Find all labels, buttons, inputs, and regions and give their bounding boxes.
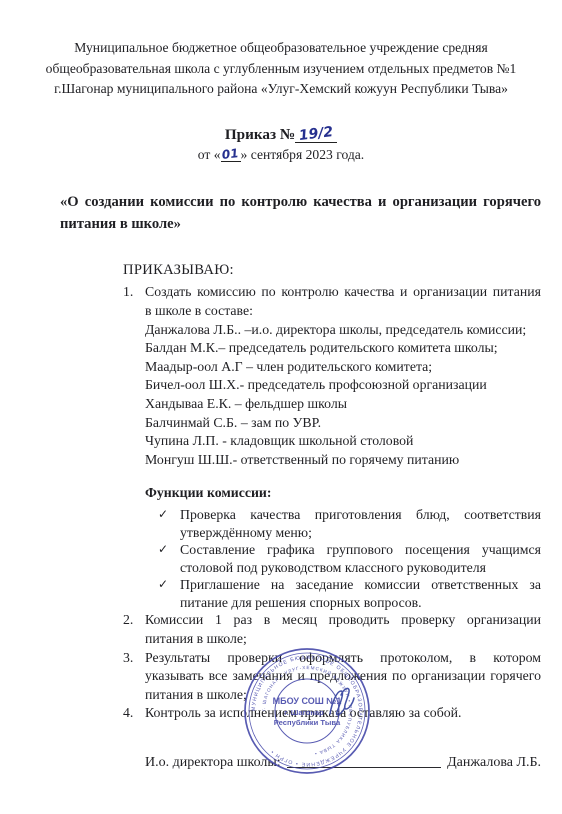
check-bullet-icon: ✓ [158, 576, 168, 594]
order-item-3: 3. Результаты проверки оформлять протоко… [123, 649, 541, 705]
org-header-line-2: общеобразовательная школа с углубленным … [26, 59, 536, 80]
commission-member: Маадыр-оол А.Г – член родительского коми… [145, 358, 541, 377]
function-line: Проверка качества приготовления блюд, со… [180, 506, 541, 524]
signature-row: И.о. директора школы: Данжалова Л.Б. [145, 753, 541, 771]
order-number-handwritten: 19/2 [298, 125, 334, 143]
function-item-2: ✓ Составление графика группового посещен… [145, 541, 541, 576]
order-body: ПРИКАЗЫВАЮ: 1. Создать комиссию по контр… [123, 261, 541, 723]
order-number-line: Приказ №19/2 [0, 126, 562, 144]
order-title: «О создании комиссии по контролю качеств… [60, 191, 541, 235]
commission-member: Хандываа Е.К. – фельдшер школы [145, 395, 541, 414]
order-title-line-2: питания в школе» [60, 213, 541, 235]
item-line: указывать все замечания и предложения по… [145, 667, 541, 686]
item-number: 4. [123, 704, 133, 723]
item-line: в школе в составе: [145, 302, 541, 321]
order-title-line-1: «О создании комиссии по контролю качеств… [60, 191, 541, 213]
function-line: утверждённому меню; [180, 524, 541, 542]
date-day-handwritten: 01 [221, 147, 239, 161]
date-prefix: от « [198, 147, 221, 162]
item-line: Контроль за исполнением приказа оставляю… [145, 704, 541, 723]
order-number-blank: 19/2 [295, 127, 337, 143]
date-day-blank: 01 [221, 148, 241, 163]
commission-member: Монгуш Ш.Ш.- ответственный по горячему п… [145, 451, 541, 470]
check-bullet-icon: ✓ [158, 541, 168, 559]
order-date-line: от «01» сентября 2023 года. [0, 147, 562, 163]
item-line: Результаты проверки оформлять протоколом… [145, 649, 541, 668]
item-line: питания в школе; [145, 686, 541, 705]
function-line: питание для решения спорных вопросов. [180, 594, 541, 612]
functions-heading: Функции комиссии: [145, 484, 541, 503]
item-number: 2. [123, 611, 133, 630]
org-header: Муниципальное бюджетное общеобразователь… [26, 0, 536, 100]
org-header-line-1: Муниципальное бюджетное общеобразователь… [26, 38, 536, 59]
signature-line [287, 753, 441, 768]
function-line: Составление графика группового посещения… [180, 541, 541, 559]
item-line: питания в школе; [145, 630, 541, 649]
item-line: Создать комиссию по контролю качества и … [145, 283, 541, 302]
commission-member: Балдан М.К.– председатель родительского … [145, 339, 541, 358]
commission-member: Чупина Л.П. - кладовщик школьной столово… [145, 432, 541, 451]
order-item-2: 2. Комиссии 1 раз в месяц проводить пров… [123, 611, 541, 648]
document-page: Муниципальное бюджетное общеобразователь… [0, 0, 562, 814]
item-number: 3. [123, 649, 133, 668]
check-bullet-icon: ✓ [158, 506, 168, 524]
order-item-1: 1. Создать комиссию по контролю качества… [123, 283, 541, 611]
function-line: Приглашение на заседание комиссии ответс… [180, 576, 541, 594]
function-item-3: ✓ Приглашение на заседание комиссии отве… [145, 576, 541, 611]
order-item-4: 4. Контроль за исполнением приказа остав… [123, 704, 541, 723]
commission-member: Бичел-оол Ш.Х.- председатель профсоюзной… [145, 376, 541, 395]
function-line: столовой под руководством классного руко… [180, 559, 541, 577]
date-suffix: » сентября 2023 года. [241, 147, 365, 162]
item-line: Комиссии 1 раз в месяц проводить проверк… [145, 611, 541, 630]
resolution-word: ПРИКАЗЫВАЮ: [123, 261, 541, 280]
item-number: 1. [123, 283, 133, 302]
signature-label: И.о. директора школы: [145, 755, 281, 771]
order-label: Приказ № [225, 126, 295, 143]
commission-member: Балчинмай С.Б. – зам по УВР. [145, 414, 541, 433]
signatory-name: Данжалова Л.Б. [447, 755, 541, 771]
org-header-line-3: г.Шагонар муниципального района «Улуг-Хе… [26, 79, 536, 100]
function-item-1: ✓ Проверка качества приготовления блюд, … [145, 506, 541, 541]
commission-member: Данжалова Л.Б.. –и.о. директора школы, п… [145, 321, 541, 340]
